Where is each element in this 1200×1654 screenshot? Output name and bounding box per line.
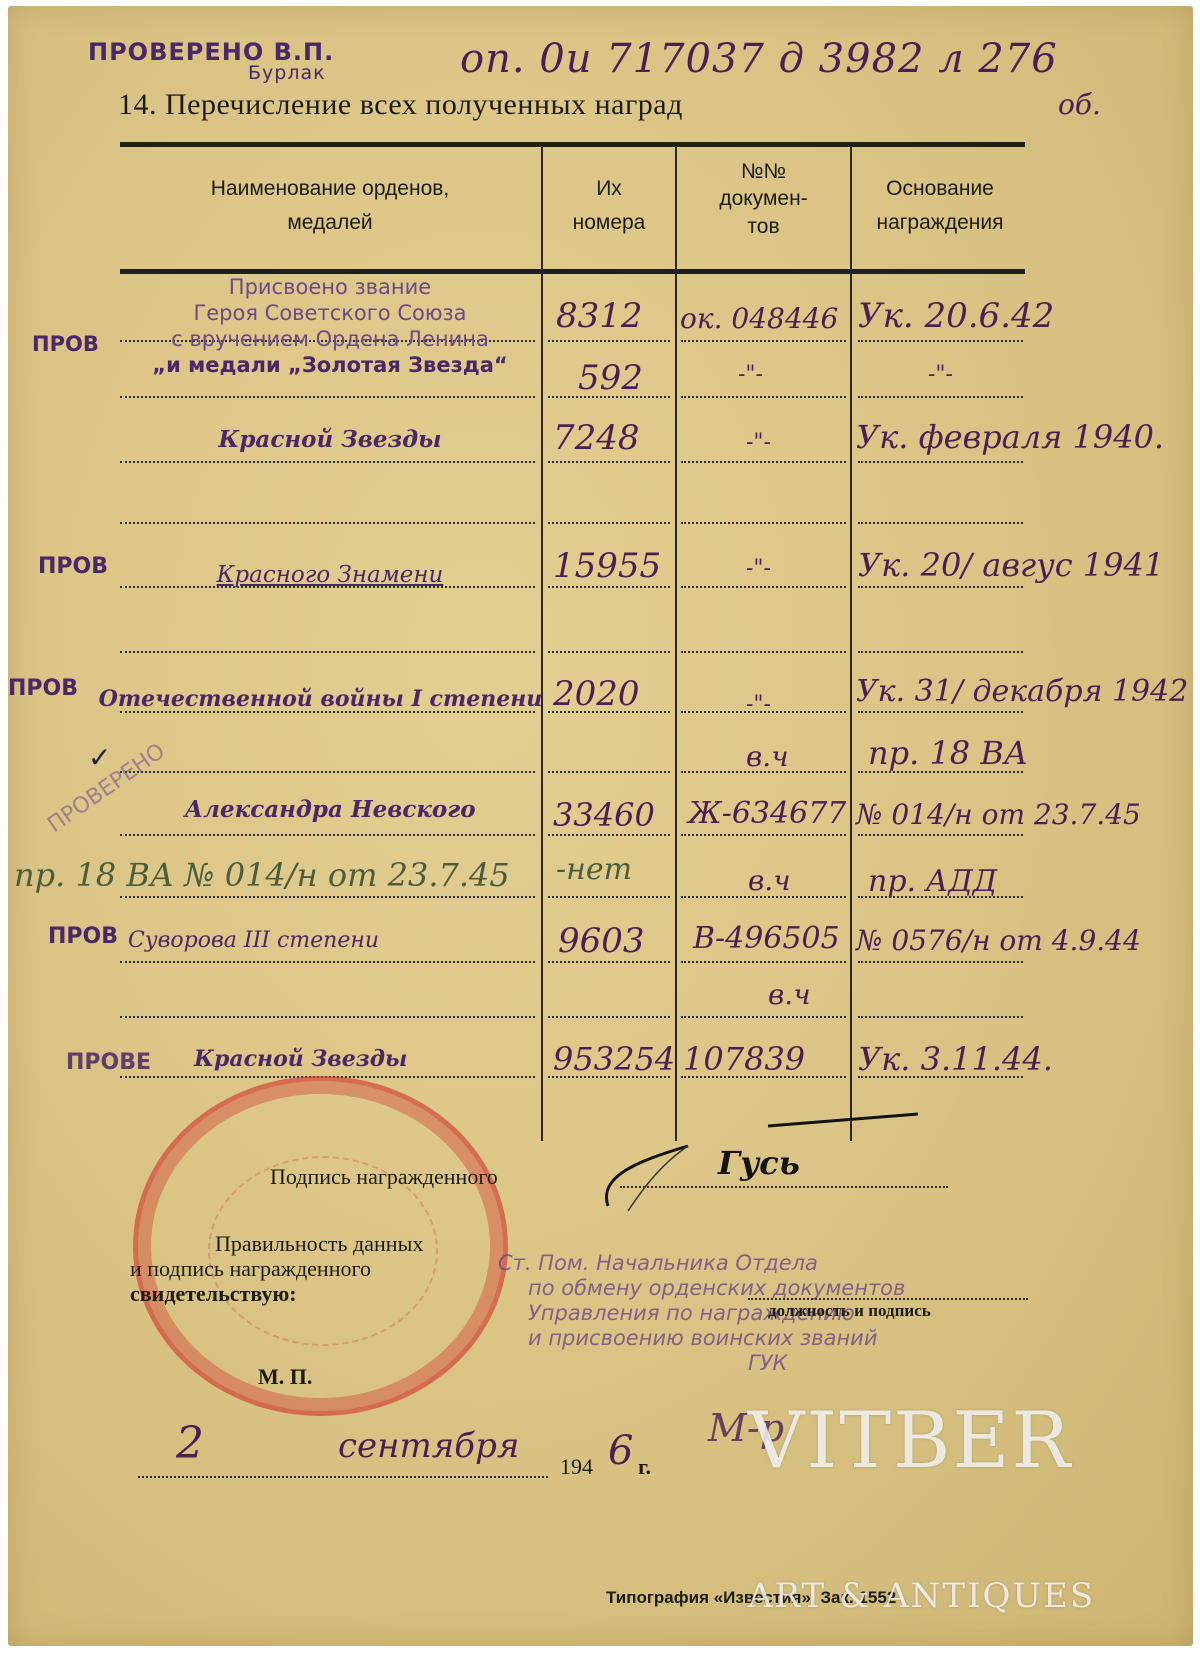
document-number: -"- (746, 430, 771, 455)
row-dotted-line (858, 961, 1023, 963)
section-title: 14. Перечисление всех полученных наград (118, 88, 683, 122)
column-divider (850, 146, 852, 1141)
header-basis: Основание награждения (852, 172, 1028, 239)
award-number: 33460 (553, 796, 655, 834)
row-dotted-line (548, 1016, 670, 1018)
archive-reference: оп. 0и 717037 д 3982 л 276 (460, 36, 1058, 82)
header-numbers: Их номера (543, 172, 675, 239)
row-dotted-line (858, 1016, 1023, 1018)
award-basis: пр. 18 ВА (868, 734, 1028, 772)
row-dotted-line (548, 340, 670, 342)
document-number: В-496505 (693, 921, 840, 956)
award-basis: Ук. 20/ авгус 1941 (858, 546, 1164, 584)
row-dotted-line (548, 586, 670, 588)
row-dotted-line (548, 522, 670, 524)
row-dotted-line (681, 834, 846, 836)
award-number: 953254 (553, 1040, 675, 1078)
certify-line: и подпись награжденного (130, 1256, 371, 1282)
row-dotted-line (858, 586, 1023, 588)
award-record-card: ПРОВЕРЕНО В.П. Бурлак оп. 0и 717037 д 39… (8, 6, 1193, 1646)
award-name: Красной Звезды (194, 1046, 454, 1072)
certify-line: Правильность данных (215, 1231, 423, 1257)
award-name-line: Присвоено звание (120, 274, 540, 300)
award-number: 592 (578, 358, 643, 398)
verified-stamp: ПРОВЕРЕНО В.П. Бурлак (88, 38, 334, 84)
table-row-hero: Присвоено звание Героя Советского Союза … (120, 274, 540, 378)
document-number: -"- (738, 362, 763, 387)
official-stamp-line: и присвоению воинских званий (528, 1326, 905, 1351)
award-name: Суворова III степени (128, 928, 428, 953)
header-documents: №№ докумен- тов (677, 158, 850, 240)
row-dotted-line (681, 651, 846, 653)
award-basis: Ук. февраля 1940. (856, 418, 1164, 456)
row-dotted-line (858, 461, 1023, 463)
check-stamp: ПРОВ (8, 676, 78, 701)
award-number: 7248 (553, 418, 640, 458)
row-dotted-line (548, 896, 670, 898)
date-year-prefix: 194 (560, 1454, 593, 1480)
row-dotted-line (120, 1016, 535, 1018)
row-dotted-line (548, 651, 670, 653)
date-month: сентября (338, 1426, 519, 1466)
check-stamp: ПРОВ (48, 924, 118, 949)
table-top-rule (120, 142, 1025, 147)
award-number: 9603 (558, 921, 645, 961)
award-number: 8312 (556, 296, 643, 336)
row-dotted-line (858, 711, 1023, 713)
row-dotted-line (681, 586, 846, 588)
header-award-name: Наименование орденов, медалей (120, 172, 540, 239)
row-dotted-line (548, 961, 670, 963)
date-year-suffix: 6 (608, 1428, 633, 1474)
position-label: должность и подпись (768, 1301, 931, 1321)
document-number: в.ч (768, 978, 811, 1011)
award-basis: Ук. 20.6.42 (858, 296, 1054, 336)
column-divider (675, 146, 677, 1141)
signature-label: Подпись награжденного (270, 1164, 498, 1190)
date-day: 2 (176, 1418, 204, 1469)
award-name: Красного Знамени (120, 562, 540, 588)
row-dotted-line (681, 522, 846, 524)
date-line (138, 1476, 548, 1478)
archive-reference-suffix: об. (1058, 88, 1101, 121)
checkmark-icon: ✓ (88, 741, 111, 774)
award-basis: Ук. 31/ декабря 1942 (856, 674, 1188, 709)
award-number: -нет (556, 852, 632, 887)
row-dotted-line (120, 461, 535, 463)
row-dotted-line (681, 396, 846, 398)
column-divider (541, 146, 543, 1141)
award-name-line: с вручением Ордена Ленина (120, 326, 540, 352)
row-dotted-line (120, 771, 535, 773)
award-name: Александра Невского (120, 796, 540, 823)
award-number: 2020 (553, 674, 640, 714)
row-dotted-line (858, 522, 1023, 524)
award-name-line: Героя Советского Союза (120, 300, 540, 326)
check-stamp: ПРОВ (38, 554, 108, 579)
award-name: Отечественной войны I степени (98, 686, 543, 712)
document-number: Ж-634677 (688, 796, 846, 831)
document-number: 107839 (683, 1040, 805, 1078)
official-stamp-line: Ст. Пом. Начальника Отдела (498, 1251, 905, 1276)
position-signature-line (748, 1298, 1028, 1300)
row-dotted-line (858, 340, 1023, 342)
watermark-subtitle: ART & ANTIQUES (748, 1576, 1095, 1616)
row-dotted-line (548, 771, 670, 773)
document-number: -"- (746, 692, 771, 717)
certify-line: свидетельствую: (130, 1281, 297, 1307)
row-dotted-line (120, 961, 535, 963)
award-name-line: „и медали „Золотая Звезда“ (120, 352, 540, 378)
award-basis: -"- (928, 362, 953, 387)
handwritten-note: пр. 18 ВА № 014/н от 23.7.45 (14, 856, 510, 894)
award-basis: № 0576/н от 4.9.44 (856, 924, 1141, 957)
row-dotted-line (120, 896, 535, 898)
award-name: Красной Звезды (120, 426, 540, 453)
row-dotted-line (548, 834, 670, 836)
seal-label: М. П. (258, 1364, 312, 1390)
document-number: -"- (746, 556, 771, 581)
row-dotted-line (681, 340, 846, 342)
row-dotted-line (548, 461, 670, 463)
award-basis: пр. АДД (868, 864, 997, 899)
check-stamp: ПРОВЕ (66, 1050, 151, 1075)
award-basis: № 014/н от 23.7.45 (856, 798, 1141, 831)
row-dotted-line (681, 961, 846, 963)
row-dotted-line (681, 1016, 846, 1018)
row-dotted-line (858, 396, 1023, 398)
row-dotted-line (681, 461, 846, 463)
document-number: ок. 048446 (680, 302, 838, 335)
row-dotted-line (120, 396, 535, 398)
verified-stamp-line2: Бурлак (248, 62, 334, 84)
date-year-unit: г. (638, 1454, 651, 1480)
signature-flourish (598, 1106, 918, 1216)
official-stamp-line: ГУК (748, 1351, 905, 1376)
award-basis: Ук. 3.11.44. (858, 1040, 1053, 1078)
row-dotted-line (858, 834, 1023, 836)
document-number: в.ч (746, 740, 789, 773)
row-dotted-line (858, 651, 1023, 653)
award-number: 15955 (553, 546, 661, 586)
row-dotted-line (120, 651, 535, 653)
document-number: в.ч (748, 864, 791, 897)
check-stamp: ПРОВ (32, 332, 99, 356)
row-dotted-line (120, 834, 535, 836)
row-dotted-line (120, 522, 535, 524)
watermark-title: VITBER (748, 1396, 1072, 1486)
